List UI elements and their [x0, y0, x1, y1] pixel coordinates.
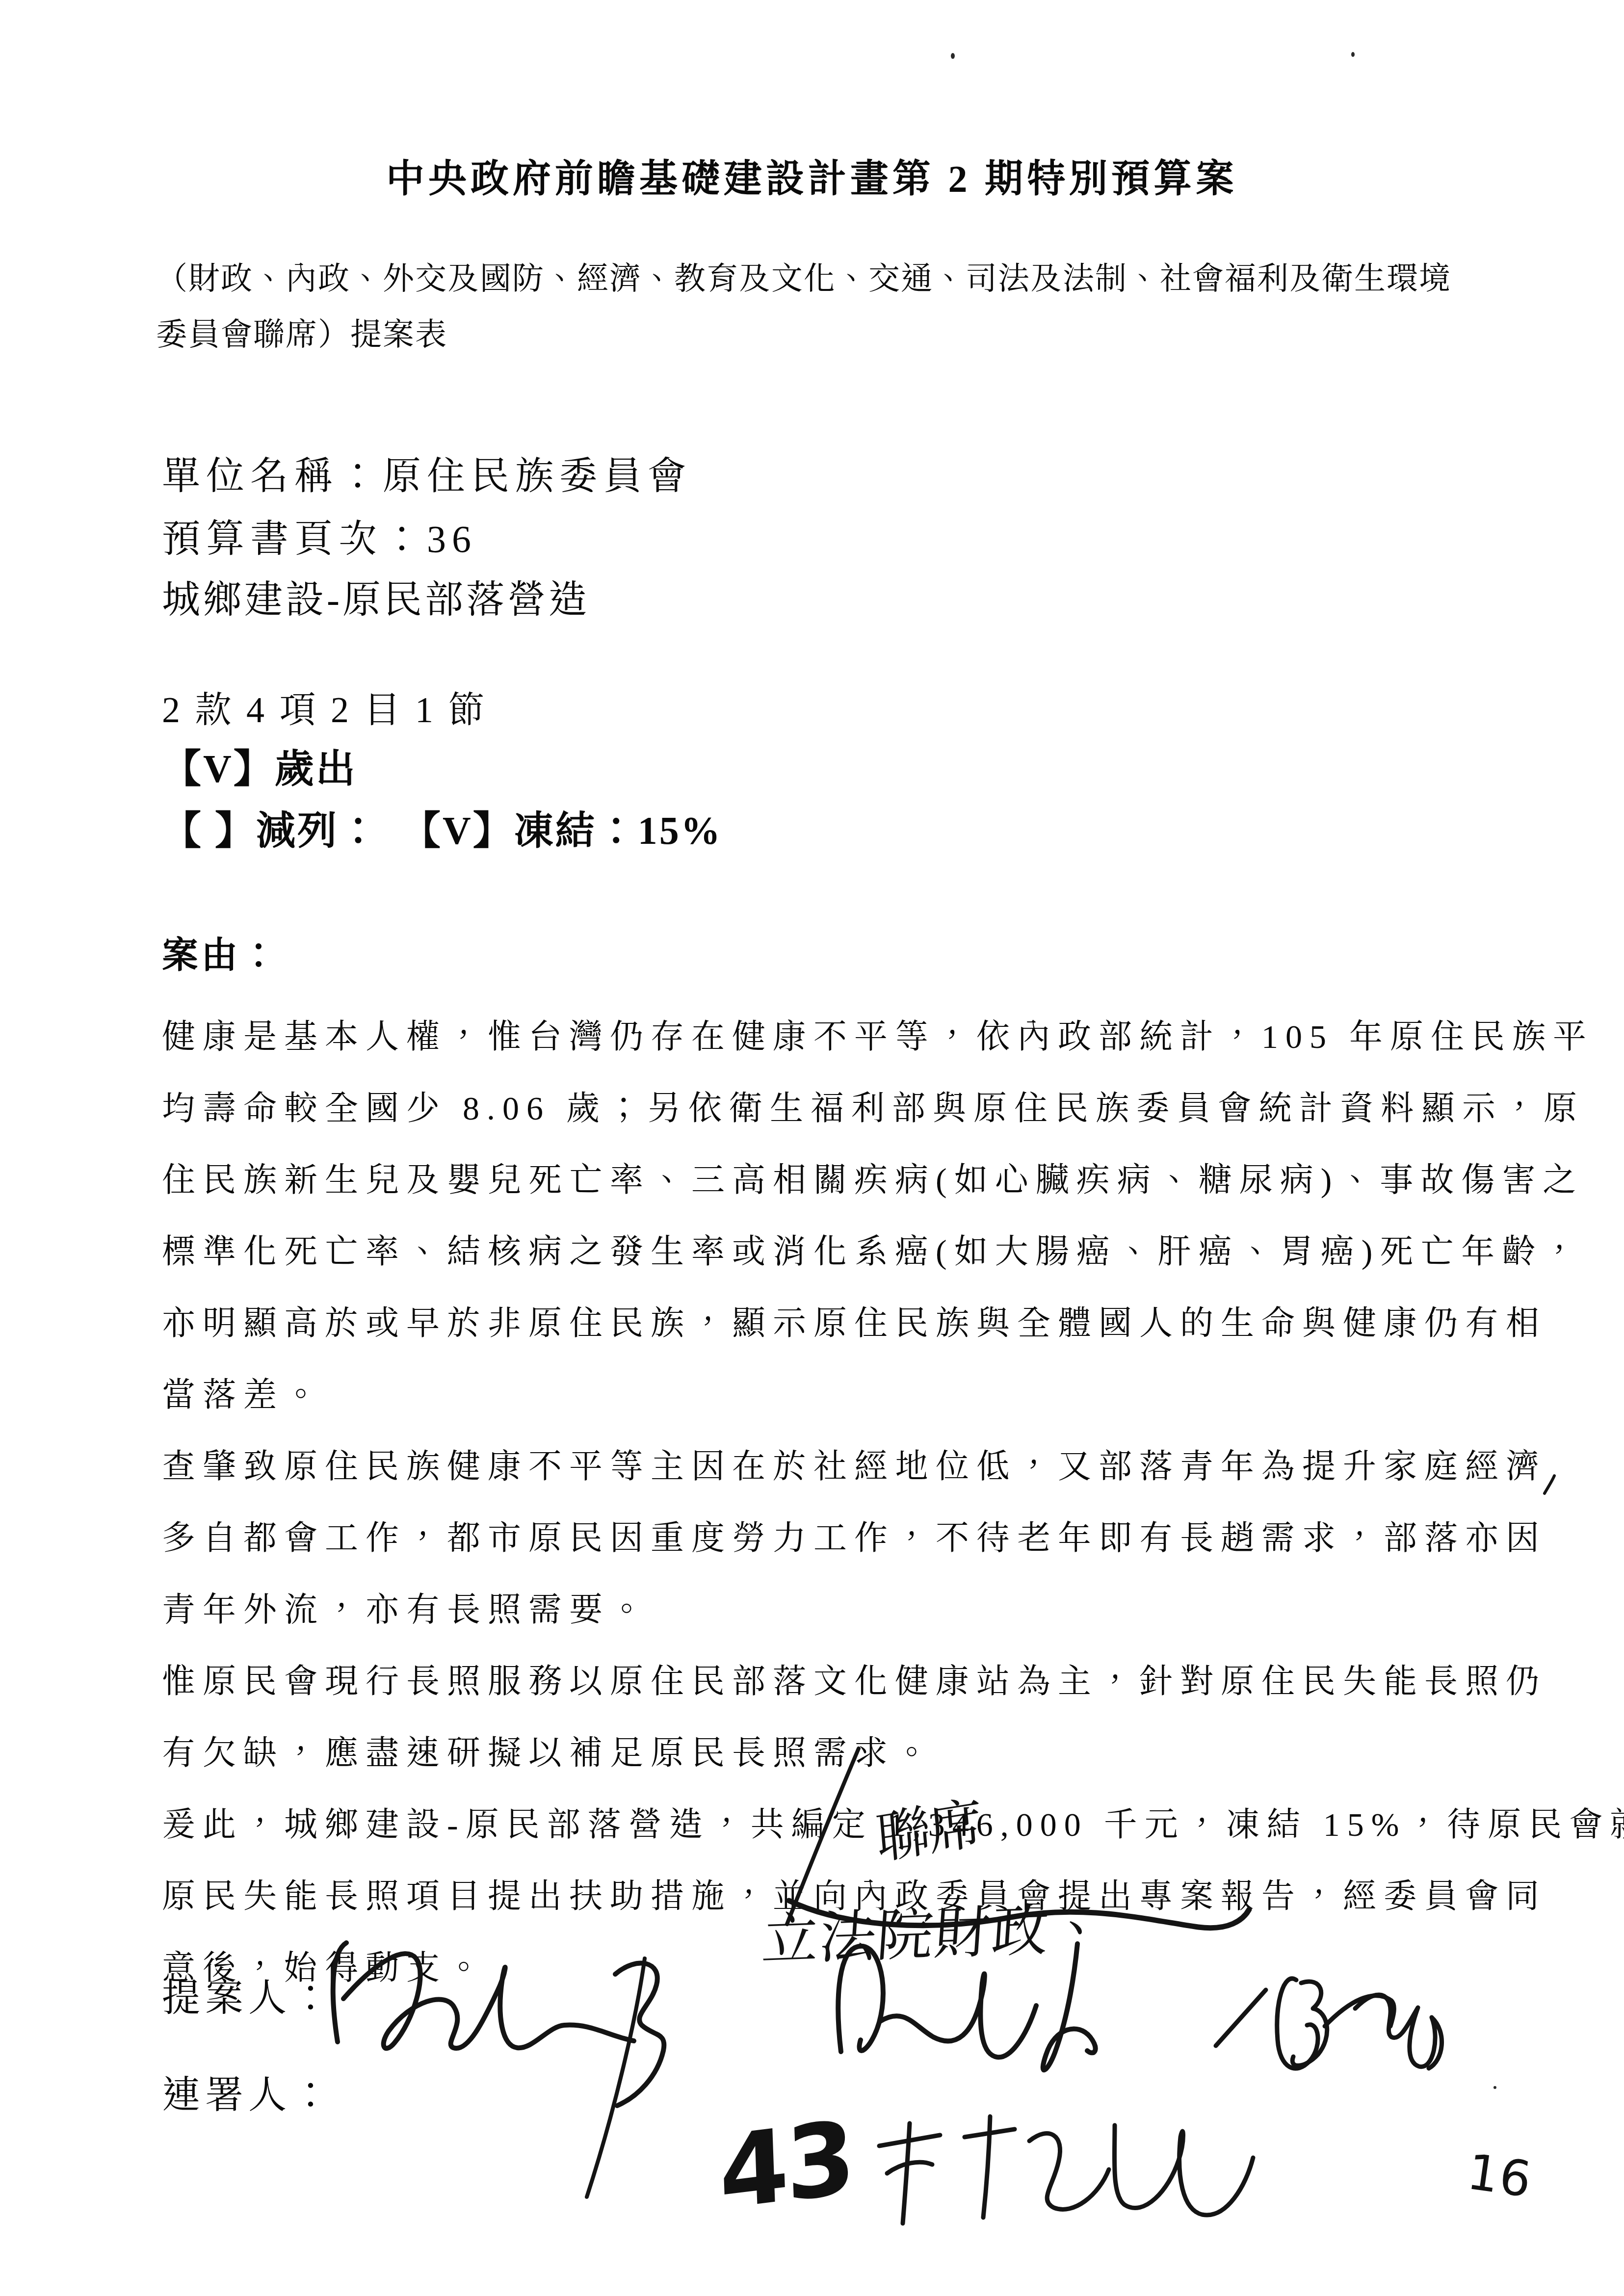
program-name-line: 城鄉建設-原民部落營造 — [162, 579, 590, 621]
case-line: 多自都會工作，都市原民因重度勞力工作，不待老年即有長趙需求，部落亦因 — [162, 1502, 1506, 1574]
handwritten-finance-committee-annotation: 立法院財政、 — [760, 1883, 1109, 1976]
scan-speck — [1351, 52, 1355, 57]
expenditure-checkbox-line: 【V】歲出 — [162, 748, 357, 791]
case-line: 標準化死亡率、結核病之發生率或消化系癌(如大腸癌、肝癌、胃癌)死亡年齡， — [162, 1216, 1506, 1287]
reduction-freeze-checkbox-line: 【 】減列： 【V】凍結：15% — [162, 809, 722, 853]
scan-speck — [1522, 1465, 1525, 1468]
case-line: 惟原民會現行長照服務以原住民部落文化健康站為主，針對原住民失能長照仍 — [162, 1645, 1506, 1717]
case-line: 均壽命較全國少 8.06 歲；另依衛生福利部與原住民族委員會統計資料顯示，原 — [162, 1072, 1506, 1144]
scan-speck — [1493, 2086, 1496, 2089]
case-line: 查肇致原住民族健康不平等主因在於社經地位低，又部落青年為提升家庭經濟 — [162, 1431, 1506, 1502]
cosigner-label: 連署人： — [162, 2074, 335, 2116]
case-line: 亦明顯高於或早於非原住民族，顯示原住民族與全體國人的生命與健康仍有相 — [162, 1287, 1506, 1359]
scan-speck — [951, 53, 955, 59]
subtitle-line-1: （財政、內政、外交及國防、經濟、教育及文化、交通、司法及法制、社會福利及衛生環境 — [156, 261, 1451, 296]
subtitle-line-2: 委員會聯席）提案表 — [156, 317, 447, 352]
document-title: 中央政府前瞻基礎建設計畫第 2 期特別預算案 — [0, 158, 1624, 200]
case-line: 青年外流，亦有長照需要。 — [162, 1574, 1506, 1645]
case-line: 爰此，城鄉建設-原民部落營造，共編定 1,346,000 千元，凍結 15%，待… — [162, 1789, 1506, 1860]
budget-clause-line: 2 款 4 項 2 目 1 節 — [162, 691, 488, 731]
unit-name-line: 單位名稱：原住民族委員會 — [162, 455, 692, 497]
budget-book-page-line: 預算書頁次：36 — [162, 518, 477, 560]
handwritten-page-number: 16 — [1464, 2143, 1536, 2209]
proposer-label: 提案人： — [162, 1977, 335, 2019]
case-reason-body: 健康是基本人權，惟台灣仍存在健康不平等，依內政部統計，105 年原住民族平 均壽… — [162, 1001, 1506, 2004]
scanned-budget-proposal-page: 中央政府前瞻基礎建設計畫第 2 期特別預算案 （財政、內政、外交及國防、經濟、教… — [0, 0, 1624, 2296]
case-line: 住民族新生兒及嬰兒死亡率、三高相關疾病(如心臟疾病、糖尿病)、事故傷害之 — [162, 1144, 1506, 1216]
case-line: 有欠缺，應盡速研擬以補足原民長照需求。 — [162, 1717, 1506, 1789]
handwritten-joint-session-annotation: 聯席 — [872, 1779, 984, 1875]
handwritten-number-43: 43 — [717, 2099, 855, 2233]
case-reason-label: 案由： — [162, 936, 280, 976]
cosigner-signature — [879, 2116, 1253, 2223]
case-line: 當落差。 — [162, 1359, 1506, 1431]
case-line: 健康是基本人權，惟台灣仍存在健康不平等，依內政部統計，105 年原住民族平 — [162, 1001, 1506, 1072]
